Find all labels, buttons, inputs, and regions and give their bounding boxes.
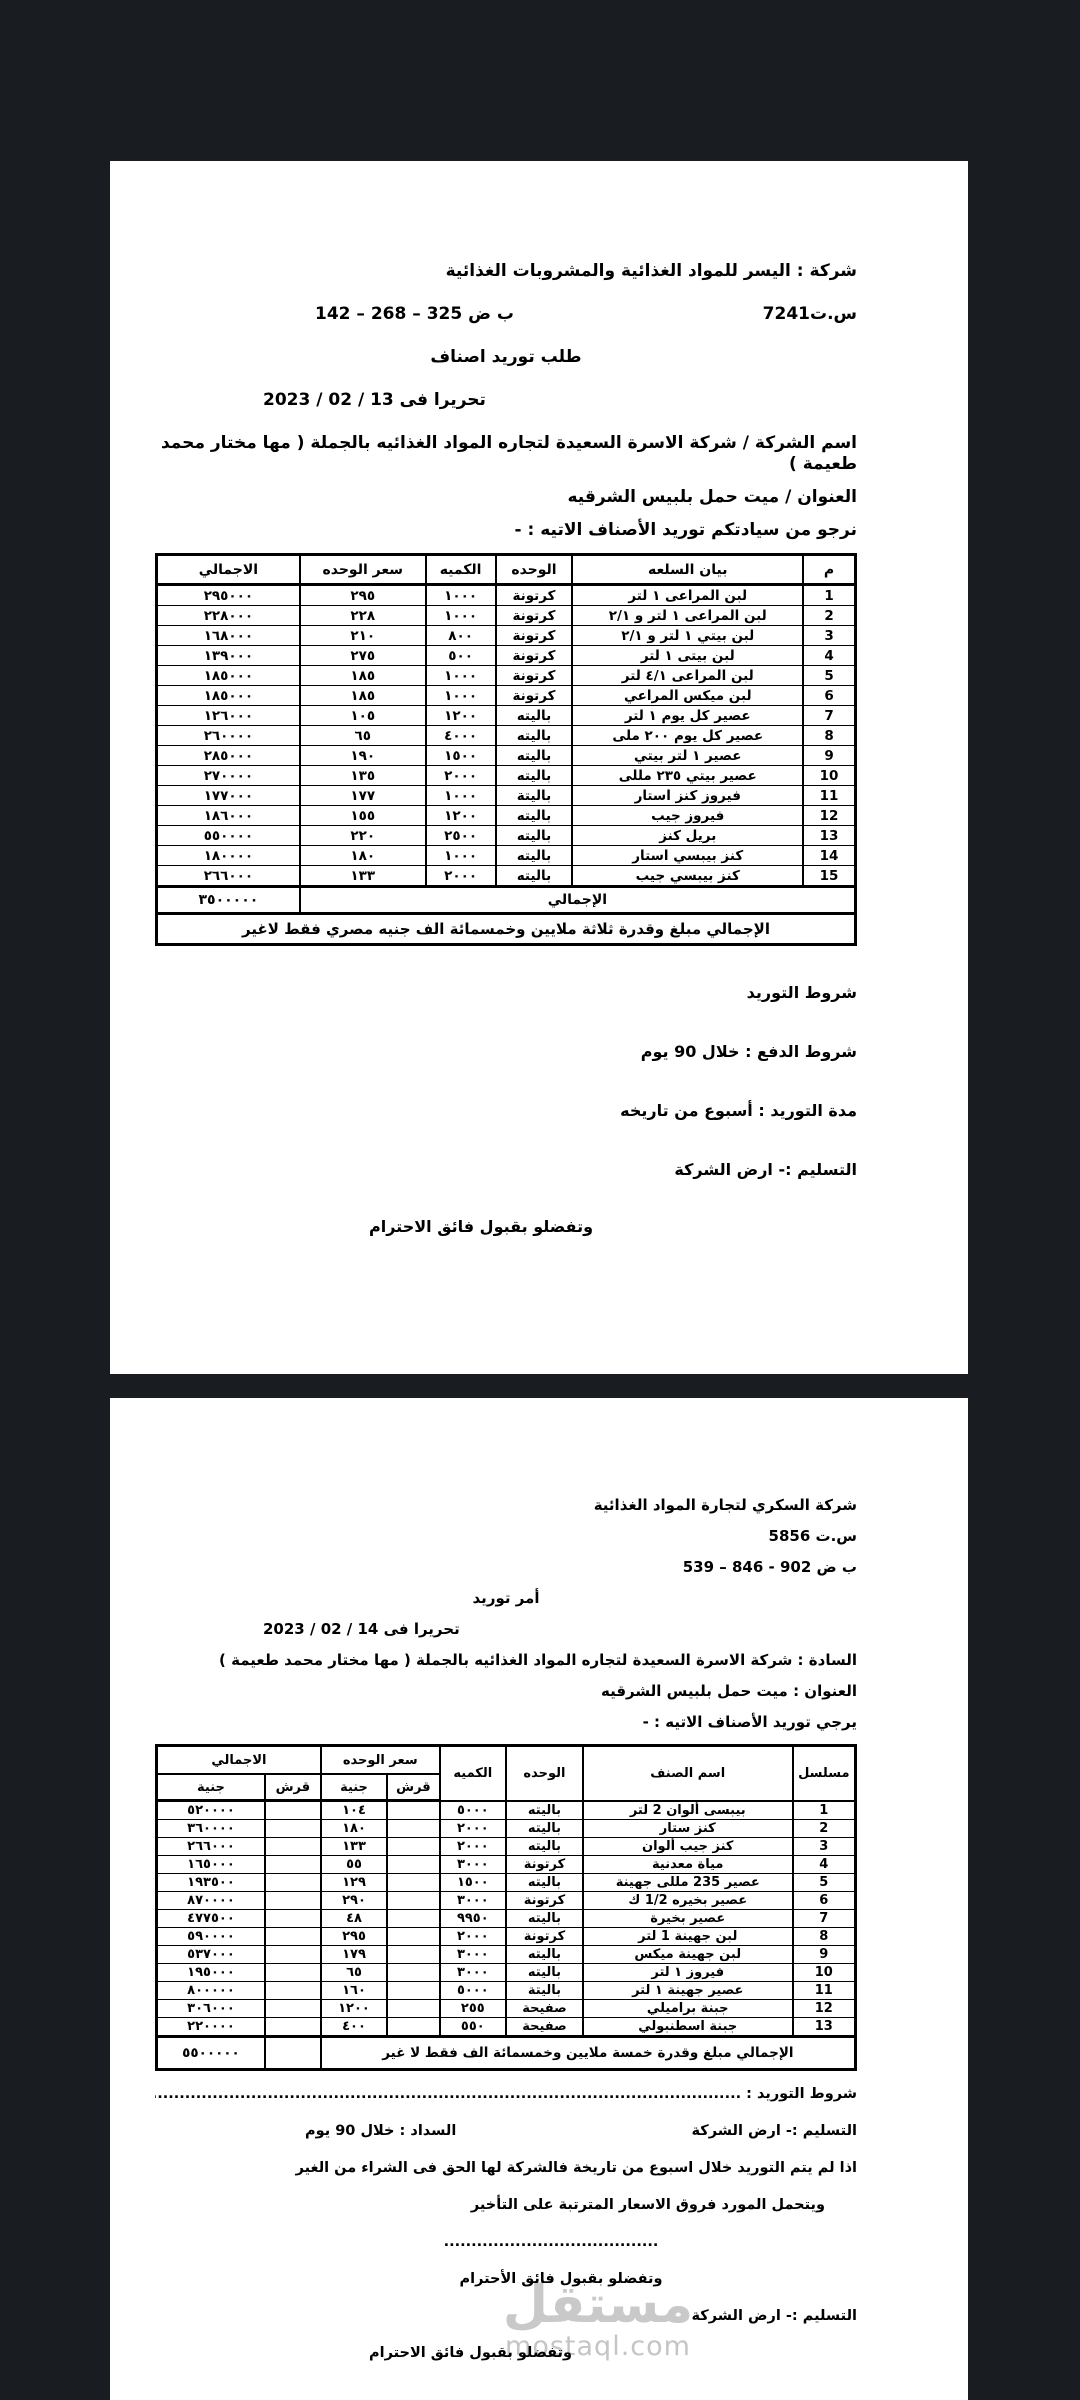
table-cell: ١٠٠٠ — [426, 686, 496, 706]
doc1-address-line: العنوان / ميت حمل بلبيس الشرقيه — [155, 487, 857, 508]
table-cell — [387, 2000, 439, 2018]
doc2-address-line: العنوان : ميت حمل بلبيس الشرقيه — [155, 1682, 857, 1701]
doc1-table-header-row: م بيان السلعه الوحده الكميه سعر الوحده ا… — [157, 555, 856, 585]
doc2-closing-line-2: وتفضلو بقبول فائق الاحترام — [155, 2344, 857, 2363]
table-row: 6لبن ميكس المراعيكرتونة١٠٠٠١٨٥١٨٥٠٠٠ — [157, 686, 856, 706]
table-cell: لبن جهينة ميكس — [583, 1946, 793, 1964]
table-cell: صفيحة — [506, 2000, 583, 2018]
table-row: 5عصير 235 مللى جهينةباليته١٥٠٠١٢٩١٩٣٥٠٠ — [157, 1874, 856, 1892]
table-cell — [387, 1820, 439, 1838]
table-cell: ١٩٠ — [300, 746, 426, 766]
doc2-penalty-line-2: ويتحمل المورد فروق الاسعار المترتبة على … — [155, 2196, 857, 2215]
table-cell: عصير بخيرة — [583, 1910, 793, 1928]
table-cell: باليتة — [506, 1982, 583, 2000]
column-subheader-total-pounds: جنية — [157, 1774, 265, 1801]
table-cell: ٨٠٠ — [426, 626, 496, 646]
table-cell: 6 — [803, 686, 855, 706]
table-row: 8عصير كل يوم ٢٠٠ ملىباليته٤٠٠٠٦٥٢٦٠٠٠٠ — [157, 726, 856, 746]
table-cell — [387, 1856, 439, 1874]
doc2-total-value: ٥٥٠٠٠٠٠ — [157, 2037, 265, 2070]
doc2-total-row: الإجمالي مبلغ وقدرة خمسة ملايين وخمسمائة… — [157, 2037, 856, 2070]
table-cell: ٢١٠ — [300, 626, 426, 646]
table-cell: ٢٠٠٠ — [440, 1928, 506, 1946]
doc1-total-words-row: الإجمالي مبلغ وقدرة ثلاثة ملايين وخمسمائ… — [157, 914, 856, 945]
table-cell: لبن بيتى ١ لتر — [572, 646, 803, 666]
table-cell: ٢٥٠٠ — [426, 826, 496, 846]
table-row: 1بيبسى ألوان 2 لترباليته٥٠٠٠١٠٤٥٢٠٠٠٠ — [157, 1801, 856, 1820]
table-cell: بيبسى ألوان 2 لتر — [583, 1801, 793, 1820]
table-cell: كرتونة — [506, 1928, 583, 1946]
table-cell: ٢٧٥ — [300, 646, 426, 666]
column-header-item: اسم الصنف — [583, 1746, 793, 1801]
table-cell — [387, 1892, 439, 1910]
table-cell: ١٢٠٠ — [321, 2000, 387, 2018]
table-cell: ١٨٥٠٠٠ — [157, 686, 300, 706]
table-row: 11فيروز كنز استارباليتة١٠٠٠١٧٧١٧٧٠٠٠ — [157, 786, 856, 806]
table-cell: 12 — [803, 806, 855, 826]
table-cell: لبن ميكس المراعي — [572, 686, 803, 706]
table-cell: ٣٠٠٠ — [440, 1892, 506, 1910]
column-header-unit: الوحده — [506, 1746, 583, 1801]
table-cell: 3 — [803, 626, 855, 646]
table-cell: باليته — [496, 706, 573, 726]
table-cell: باليته — [506, 1910, 583, 1928]
table-cell: باليتة — [496, 786, 573, 806]
table-cell: ١٩٣٥٠٠ — [157, 1874, 265, 1892]
table-cell: كرتونة — [496, 626, 573, 646]
viewer-background: { "colors": { "background": "#191c20", "… — [0, 0, 1080, 2400]
table-cell — [265, 1838, 321, 1856]
doc2-penalty-line-1: اذا لم يتم التوريد خلال اسبوع من تاريخة … — [155, 2159, 857, 2178]
table-cell: باليته — [496, 826, 573, 846]
doc2-company-name: شركة السكري لتجارة المواد الغذائية — [155, 1496, 857, 1515]
doc2-items-table: مسلسل اسم الصنف الوحده الكميه سعر الوحده… — [155, 1744, 857, 2071]
table-cell: ١٨٠ — [321, 1820, 387, 1838]
table-cell: باليته — [506, 1820, 583, 1838]
doc1-payment-term: شروط الدفع : خلال 90 يوم — [155, 1041, 857, 1062]
table-cell: 13 — [803, 826, 855, 846]
table-row: 7عصير بخيرةباليته٩٩٥٠٤٨٤٧٧٥٠٠ — [157, 1910, 856, 1928]
table-cell — [265, 1946, 321, 1964]
table-cell — [265, 1856, 321, 1874]
column-header-item: بيان السلعه — [572, 555, 803, 585]
table-cell: ١٣٣ — [300, 866, 426, 887]
table-cell: عصير جهينة ١ لتر — [583, 1982, 793, 2000]
table-cell: ٢٢٠ — [300, 826, 426, 846]
table-cell: 4 — [803, 646, 855, 666]
table-cell: مياة معدنية — [583, 1856, 793, 1874]
doc2-terms-line: شروط التوريد : .........................… — [155, 2085, 857, 2104]
table-cell: باليته — [506, 1946, 583, 1964]
table-row: 7عصير كل يوم ١ لترباليته١٢٠٠١٠٥١٢٦٠٠٠ — [157, 706, 856, 726]
table-cell: ١٢٦٠٠٠ — [157, 706, 300, 726]
table-cell: ١٠٠٠ — [426, 846, 496, 866]
doc2-client-line: السادة : شركة الاسرة السعيدة لتجاره المو… — [155, 1651, 857, 1670]
doc1-commercial-register: س.ت7241 — [763, 304, 857, 325]
table-cell: ٢٦٦٠٠٠ — [157, 1838, 265, 1856]
table-cell — [387, 1874, 439, 1892]
document-page-1: شركة : اليسر للمواد الغذائية والمشروبات … — [110, 161, 968, 1374]
table-cell: 14 — [803, 846, 855, 866]
column-subheader-total-piasters: قرش — [265, 1774, 321, 1801]
table-cell — [387, 1982, 439, 2000]
table-row: 9لبن جهينة ميكسباليته٣٠٠٠١٧٩٥٣٧٠٠٠ — [157, 1946, 856, 1964]
table-row: 11عصير جهينة ١ لترباليتة٥٠٠٠١٦٠٨٠٠٠٠٠ — [157, 1982, 856, 2000]
table-cell: ٤٧٧٥٠٠ — [157, 1910, 265, 1928]
table-cell: عصير كل يوم ١ لتر — [572, 706, 803, 726]
table-cell: ١٠٥ — [300, 706, 426, 726]
table-cell: كرتونة — [496, 666, 573, 686]
table-cell: ١٦٥٠٠٠ — [157, 1856, 265, 1874]
table-cell: ٥٥٠٠٠٠ — [157, 826, 300, 846]
table-cell — [265, 2018, 321, 2037]
table-cell — [387, 1838, 439, 1856]
doc1-request-line: نرجو من سيادتكم توريد الأصناف الاتيه : - — [155, 520, 857, 541]
table-cell: ٣٠٠٠ — [440, 1964, 506, 1982]
table-cell: ١٠٠٠ — [426, 666, 496, 686]
table-cell: ١٠٠٠ — [426, 786, 496, 806]
table-cell: 8 — [803, 726, 855, 746]
table-cell: ١٧٧ — [300, 786, 426, 806]
table-cell: كرتونة — [496, 585, 573, 606]
table-row: 12جبنة براميليصفيحة٢٥٥١٢٠٠٣٠٦٠٠٠ — [157, 2000, 856, 2018]
table-cell: لبن بيتي ١ لتر و ٢/١ — [572, 626, 803, 646]
table-cell: ٢٠٠٠ — [440, 1820, 506, 1838]
table-row: 10عصير بيتي ٢٣٥ مللىباليته٢٠٠٠١٣٥٢٧٠٠٠٠ — [157, 766, 856, 786]
table-cell — [265, 1892, 321, 1910]
table-cell: باليته — [496, 746, 573, 766]
table-cell: ٨٧٠٠٠٠ — [157, 1892, 265, 1910]
table-cell: ٦٥ — [321, 1964, 387, 1982]
table-cell: 2 — [793, 1820, 856, 1838]
table-cell: باليته — [496, 806, 573, 826]
table-cell — [387, 1946, 439, 1964]
table-cell: ٦٥ — [300, 726, 426, 746]
table-cell: باليته — [506, 1801, 583, 1820]
table-cell: باليته — [506, 1964, 583, 1982]
table-cell: 13 — [793, 2018, 856, 2037]
table-cell: ٢٠٠٠ — [426, 866, 496, 887]
column-header-qty: الكميه — [426, 555, 496, 585]
table-row: 9عصير ١ لتر بيتيباليته١٥٠٠١٩٠٢٨٥٠٠٠ — [157, 746, 856, 766]
table-cell: ١٠٠٠ — [426, 606, 496, 626]
table-cell: ٥٠٠٠ — [440, 1801, 506, 1820]
table-row: 2لبن المراعى ١ لتر و ٢/١كرتونة١٠٠٠٢٢٨٢٢٨… — [157, 606, 856, 626]
table-cell — [265, 1964, 321, 1982]
table-cell: لبن المراعى ١ لتر — [572, 585, 803, 606]
table-cell: كرتونة — [496, 686, 573, 706]
table-cell: ١٨٠ — [300, 846, 426, 866]
table-cell: ٥٠٠٠ — [440, 1982, 506, 2000]
table-cell — [265, 1910, 321, 1928]
table-cell: ٨٠٠٠٠٠ — [157, 1982, 265, 2000]
column-subheader-price-pounds: جنية — [321, 1774, 387, 1801]
table-cell: ٣٠٠٠ — [440, 1856, 506, 1874]
table-row: 12فيروز جيبباليته١٢٠٠١٥٥١٨٦٠٠٠ — [157, 806, 856, 826]
table-cell: لبن جهينة 1 لتر — [583, 1928, 793, 1946]
table-cell — [265, 1928, 321, 1946]
table-cell: باليته — [496, 866, 573, 887]
table-cell: 1 — [793, 1801, 856, 1820]
table-cell — [265, 1820, 321, 1838]
table-cell: ٢٢٠٠٠٠ — [157, 2018, 265, 2037]
table-cell — [265, 2000, 321, 2018]
table-cell: ٢٨٥٠٠٠ — [157, 746, 300, 766]
table-cell: ٥٢٠٠٠٠ — [157, 1801, 265, 1820]
table-row: 2كنز ستارباليته٢٠٠٠١٨٠٣٦٠٠٠٠ — [157, 1820, 856, 1838]
table-cell: ٥٣٧٠٠٠ — [157, 1946, 265, 1964]
table-cell: ١٨٠٠٠٠ — [157, 846, 300, 866]
table-cell: 5 — [793, 1874, 856, 1892]
table-cell: 4 — [793, 1856, 856, 1874]
column-header-total: الاجمالي — [157, 555, 300, 585]
table-cell: ٤٠٠ — [321, 2018, 387, 2037]
table-cell: ١٣٥ — [300, 766, 426, 786]
doc1-items-table: م بيان السلعه الوحده الكميه سعر الوحده ا… — [155, 553, 857, 946]
table-cell: باليته — [496, 846, 573, 866]
doc2-tax-card: ب ض 902 - 846 – 539 — [155, 1558, 857, 1577]
table-cell: ٢٩٥ — [321, 1928, 387, 1946]
table-cell: ٣٦٠٠٠٠ — [157, 1820, 265, 1838]
doc1-closing-line: وتفضلو بقبول فائق الاحترام — [155, 1216, 857, 1237]
table-cell: ٩٩٥٠ — [440, 1910, 506, 1928]
table-row: 8لبن جهينة 1 لتركرتونة٢٠٠٠٢٩٥٥٩٠٠٠٠ — [157, 1928, 856, 1946]
doc2-closing-line-1: وتفضلو بقبول فائق الأحترام — [155, 2270, 857, 2289]
table-cell: ٣٠٠٠ — [440, 1946, 506, 1964]
table-cell: جبنة براميلي — [583, 2000, 793, 2018]
table-row: 3كنز جيب ألوانباليته٢٠٠٠١٣٣٢٦٦٠٠٠ — [157, 1838, 856, 1856]
table-cell: ٢٩٥٠٠٠ — [157, 585, 300, 606]
table-cell: عصير بخيره 1/2 ك — [583, 1892, 793, 1910]
table-cell: 11 — [793, 1982, 856, 2000]
table-cell: لبن المراعى ١ لتر و ٢/١ — [572, 606, 803, 626]
table-cell: صفيحة — [506, 2018, 583, 2037]
table-cell: ٢٩٠ — [321, 1892, 387, 1910]
table-cell: ١٦٨٠٠٠ — [157, 626, 300, 646]
table-row: 3لبن بيتي ١ لتر و ٢/١كرتونة٨٠٠٢١٠١٦٨٠٠٠ — [157, 626, 856, 646]
table-row: 4مياة معدنيةكرتونة٣٠٠٠٥٥١٦٥٠٠٠ — [157, 1856, 856, 1874]
table-cell: 15 — [803, 866, 855, 887]
table-cell: كنز جيب ألوان — [583, 1838, 793, 1856]
doc1-title: طلب توريد اصناف — [155, 347, 857, 368]
table-cell: عصير ١ لتر بيتي — [572, 746, 803, 766]
table-cell: ١٥٠٠ — [426, 746, 496, 766]
doc2-terms-dots: ........................................… — [155, 2086, 741, 2102]
doc2-date-line: تحريرا فى 14 / 02 / 2023 — [155, 1620, 857, 1639]
table-cell: 10 — [793, 1964, 856, 1982]
table-cell: ١٥٠٠ — [440, 1874, 506, 1892]
table-cell: ١٦٠ — [321, 1982, 387, 2000]
doc2-delivery-payment-line: التسليم :- ارض الشركة السداد : خلال 90 ي… — [155, 2122, 857, 2141]
table-cell: ٤٨ — [321, 1910, 387, 1928]
table-cell — [265, 1982, 321, 2000]
doc2-request-line: يرجي توريد الأصناف الاتيه : - — [155, 1713, 857, 1732]
table-cell: جبنة اسطنبولي — [583, 2018, 793, 2037]
table-cell: ١٧٧٠٠٠ — [157, 786, 300, 806]
table-cell: ١٥٥ — [300, 806, 426, 826]
table-cell — [265, 1874, 321, 1892]
table-cell: ١٨٥ — [300, 666, 426, 686]
table-cell: 7 — [803, 706, 855, 726]
table-cell: باليته — [506, 1874, 583, 1892]
table-cell — [387, 1801, 439, 1820]
doc2-separator-dots: ....................................... — [155, 2233, 857, 2252]
doc1-total-label: الإجمالي — [300, 887, 856, 914]
table-cell: ٢٠٠٠ — [440, 1838, 506, 1856]
doc2-delivery-line: التسليم :- ارض الشركة — [692, 2122, 858, 2141]
doc2-terms-label: شروط التوريد : — [746, 2086, 857, 2102]
table-row: 10فيروز ١ لترباليته٣٠٠٠٦٥١٩٥٠٠٠ — [157, 1964, 856, 1982]
table-cell: 12 — [793, 2000, 856, 2018]
table-cell: عصير كل يوم ٢٠٠ ملى — [572, 726, 803, 746]
table-cell: ١٠٠٠ — [426, 585, 496, 606]
table-cell: ١٨٦٠٠٠ — [157, 806, 300, 826]
doc1-client-line: اسم الشركة / شركة الاسرة السعيدة لتجاره … — [155, 433, 857, 475]
table-row: 5لبن المراعى ٤/١ لتركرتونة١٠٠٠١٨٥١٨٥٠٠٠ — [157, 666, 856, 686]
table-cell: ١٣٩٠٠٠ — [157, 646, 300, 666]
table-cell: 9 — [803, 746, 855, 766]
table-cell: ٢٢٨ — [300, 606, 426, 626]
table-cell: كرتونة — [506, 1856, 583, 1874]
table-cell — [387, 2018, 439, 2037]
doc1-date-line: تحريرا فى 13 / 02 / 2023 — [155, 390, 857, 411]
doc1-registration-line: س.ت7241 ب ض 325 – 268 – 142 — [155, 304, 857, 325]
table-cell: لبن المراعى ٤/١ لتر — [572, 666, 803, 686]
table-cell: 5 — [803, 666, 855, 686]
table-cell: ٢٦٠٠٠٠ — [157, 726, 300, 746]
table-cell: ١٣٣ — [321, 1838, 387, 1856]
doc2-delivery-line-2: التسليم :- ارض الشركة — [155, 2307, 857, 2326]
table-cell: فيروز جيب — [572, 806, 803, 826]
table-cell: فيروز كنز استار — [572, 786, 803, 806]
doc1-total-value: ٣٥٠٠٠٠٠ — [157, 887, 300, 914]
doc1-content: شركة : اليسر للمواد الغذائية والمشروبات … — [110, 161, 968, 1237]
table-cell: 1 — [803, 585, 855, 606]
doc1-supply-duration-term: مدة التوريد : أسبوع من تاريخه — [155, 1100, 857, 1121]
table-cell: ٥٠٠ — [426, 646, 496, 666]
table-cell: ٢٠٠٠ — [426, 766, 496, 786]
table-cell: كنز بيبسي استار — [572, 846, 803, 866]
column-header-serial: مسلسل — [793, 1746, 856, 1801]
table-row: 1لبن المراعى ١ لتركرتونة١٠٠٠٢٩٥٢٩٥٠٠٠ — [157, 585, 856, 606]
table-cell — [387, 1910, 439, 1928]
table-cell: ١٠٤ — [321, 1801, 387, 1820]
doc1-tax-card: ب ض 325 – 268 – 142 — [315, 304, 514, 325]
table-cell: عصير 235 مللى جهينة — [583, 1874, 793, 1892]
doc2-total-in-words: الإجمالي مبلغ وقدرة خمسة ملايين وخمسمائة… — [321, 2037, 856, 2070]
document-page-2: مستقل mostaql.com شركة السكري لتجارة الم… — [110, 1398, 968, 2400]
table-row: 6عصير بخيره 1/2 ككرتونة٣٠٠٠٢٩٠٨٧٠٠٠٠ — [157, 1892, 856, 1910]
table-cell: ٢٧٠٠٠٠ — [157, 766, 300, 786]
table-cell: 3 — [793, 1838, 856, 1856]
column-header-unit-price: سعر الوحده — [321, 1746, 440, 1775]
table-cell: ٤٠٠٠ — [426, 726, 496, 746]
column-header-unit-price: سعر الوحده — [300, 555, 426, 585]
doc2-content: شركة السكري لتجارة المواد الغذائية س.ت 5… — [110, 1398, 968, 2363]
table-cell: 2 — [803, 606, 855, 626]
doc1-total-row: الإجمالي ٣٥٠٠٠٠٠ — [157, 887, 856, 914]
table-cell: كنز ستار — [583, 1820, 793, 1838]
table-cell: كرتونة — [506, 1892, 583, 1910]
table-cell: عصير بيتي ٢٣٥ مللى — [572, 766, 803, 786]
table-cell: فيروز ١ لتر — [583, 1964, 793, 1982]
table-cell: ١٢٠٠ — [426, 806, 496, 826]
table-row: 13جبنة اسطنبوليصفيحة٥٥٠٤٠٠٢٢٠٠٠٠ — [157, 2018, 856, 2037]
table-cell: 7 — [793, 1910, 856, 1928]
table-cell: كرتونة — [496, 606, 573, 626]
table-cell: باليته — [506, 1838, 583, 1856]
table-cell: باليته — [496, 726, 573, 746]
table-cell: ١٨٥٠٠٠ — [157, 666, 300, 686]
doc2-total-piasters-cell — [265, 2037, 321, 2070]
table-row: 15كنز بيبسي جيبباليته٢٠٠٠١٣٣٢٦٦٠٠٠ — [157, 866, 856, 887]
table-cell: باليته — [496, 766, 573, 786]
table-cell: ٢٩٥ — [300, 585, 426, 606]
table-cell: ٢٦٦٠٠٠ — [157, 866, 300, 887]
table-cell: ١٩٥٠٠٠ — [157, 1964, 265, 1982]
table-cell: كرتونة — [496, 646, 573, 666]
doc1-total-in-words: الإجمالي مبلغ وقدرة ثلاثة ملايين وخمسمائ… — [157, 914, 856, 945]
table-cell: 8 — [793, 1928, 856, 1946]
doc1-terms-title: شروط التوريد — [155, 982, 857, 1003]
column-header-unit: الوحده — [496, 555, 573, 585]
table-cell: ٢٢٨٠٠٠ — [157, 606, 300, 626]
table-cell: ١٢٩ — [321, 1874, 387, 1892]
doc2-table-header-row-1: مسلسل اسم الصنف الوحده الكميه سعر الوحده… — [157, 1746, 856, 1775]
doc2-payment-line: السداد : خلال 90 يوم — [305, 2122, 456, 2141]
table-cell: 6 — [793, 1892, 856, 1910]
table-cell: بريل كنز — [572, 826, 803, 846]
table-cell: ١٧٩ — [321, 1946, 387, 1964]
table-cell: ٣٠٦٠٠٠ — [157, 2000, 265, 2018]
table-row: 13بريل كنزباليته٢٥٠٠٢٢٠٥٥٠٠٠٠ — [157, 826, 856, 846]
table-cell: 10 — [803, 766, 855, 786]
doc1-company-name: شركة : اليسر للمواد الغذائية والمشروبات … — [155, 261, 857, 282]
table-cell: ٢٥٥ — [440, 2000, 506, 2018]
table-cell: ١٢٠٠ — [426, 706, 496, 726]
column-header-qty: الكميه — [440, 1746, 506, 1801]
table-row: 14كنز بيبسي استارباليته١٠٠٠١٨٠١٨٠٠٠٠ — [157, 846, 856, 866]
column-header-total: الاجمالي — [157, 1746, 321, 1775]
table-cell — [265, 1801, 321, 1820]
doc2-commercial-register: س.ت 5856 — [155, 1527, 857, 1546]
column-subheader-price-piasters: قرش — [387, 1774, 439, 1801]
table-cell: 9 — [793, 1946, 856, 1964]
table-cell: كنز بيبسي جيب — [572, 866, 803, 887]
table-cell: ٥٥ — [321, 1856, 387, 1874]
table-row: 4لبن بيتى ١ لتركرتونة٥٠٠٢٧٥١٣٩٠٠٠ — [157, 646, 856, 666]
table-cell — [387, 1928, 439, 1946]
table-cell — [387, 1964, 439, 1982]
table-cell: 11 — [803, 786, 855, 806]
table-cell: ٥٩٠٠٠٠ — [157, 1928, 265, 1946]
doc2-title: أمر توريد — [155, 1589, 857, 1608]
table-cell: ١٨٥ — [300, 686, 426, 706]
doc1-delivery-term: التسليم :- ارض الشركة — [155, 1159, 857, 1180]
column-header-serial: م — [803, 555, 855, 585]
table-cell: ٥٥٠ — [440, 2018, 506, 2037]
